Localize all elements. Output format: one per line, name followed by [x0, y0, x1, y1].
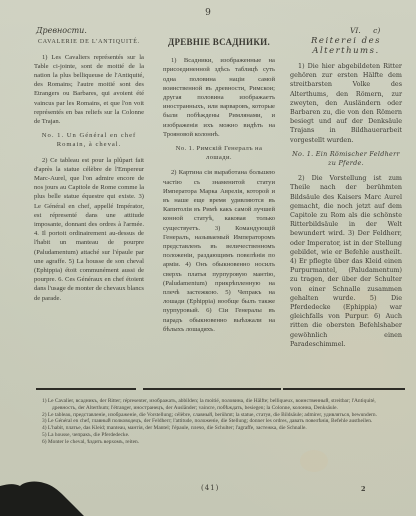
signature-mark: 2 [361, 485, 366, 493]
german-body: 2) Die Vorstellung ist zum Theile nach d… [290, 174, 402, 349]
german-title: Reiterei des Alterthums. [290, 36, 402, 56]
paper-stain [300, 450, 328, 472]
russian-subhead: No. 1. Римскій Генералъ на лошади. [163, 144, 275, 162]
torn-corner-shadow [0, 480, 86, 516]
running-head-right: VI. c) [350, 26, 380, 35]
french-subhead: No. 1. Un Général en chef Romain, à chev… [34, 131, 144, 149]
page-number: 9 [0, 8, 416, 18]
footnote-4: 4) L'habit, платье, das Kleid; manteau, … [42, 425, 394, 432]
german-subhead: No. 1. Ein Römischer Feldherr zu Pferde. [290, 150, 402, 168]
footnote-6: 6) Monter le cheval, ѣздить верхомъ, rei… [42, 439, 394, 446]
plate-number: (41) [201, 484, 219, 492]
french-column: CAVALERIE DE L'ANTIQUITÉ. 1) Les Cavalie… [34, 36, 144, 308]
divider-rule [36, 388, 136, 390]
german-paragraph-1: 1) Die hier abgebildeten Ritter gehören … [290, 62, 402, 145]
french-title: CAVALERIE DE L'ANTIQUITÉ. [34, 39, 144, 47]
divider-rule [143, 388, 281, 390]
french-paragraph-1: 1) Les Cavaliers représentés sur la Tabl… [34, 53, 144, 127]
russian-title: ДРЕВНІЕ ВСАДНИКИ. [163, 38, 275, 47]
divider-rule [283, 388, 405, 390]
scanned-page: 9 Древности. VI. c) CAVALERIE DE L'ANTIQ… [0, 0, 416, 516]
russian-paragraph-1: 1) Всадники, изображенные на присоединен… [163, 56, 275, 139]
french-body: 2) Ce tableau est pour la plûpart fait d… [34, 156, 144, 303]
russian-column: ДРЕВНІЕ ВСАДНИКИ. 1) Всадники, изображен… [163, 36, 275, 339]
footnotes: 1) Le Cavalier, всадникъ, der Ritter; ré… [42, 398, 394, 446]
footnote-1: 1) Le Cavalier, всадникъ, der Ritter; ré… [42, 398, 394, 412]
footnote-5: 5) La housse, чепракъ, die Pferdedecke. [42, 432, 394, 439]
german-column: Reiterei des Alterthums. 1) Die hier abg… [290, 36, 402, 354]
running-head-left: Древности. [36, 26, 87, 35]
russian-body: 2) Картина сія выработана большею частію… [163, 168, 275, 334]
